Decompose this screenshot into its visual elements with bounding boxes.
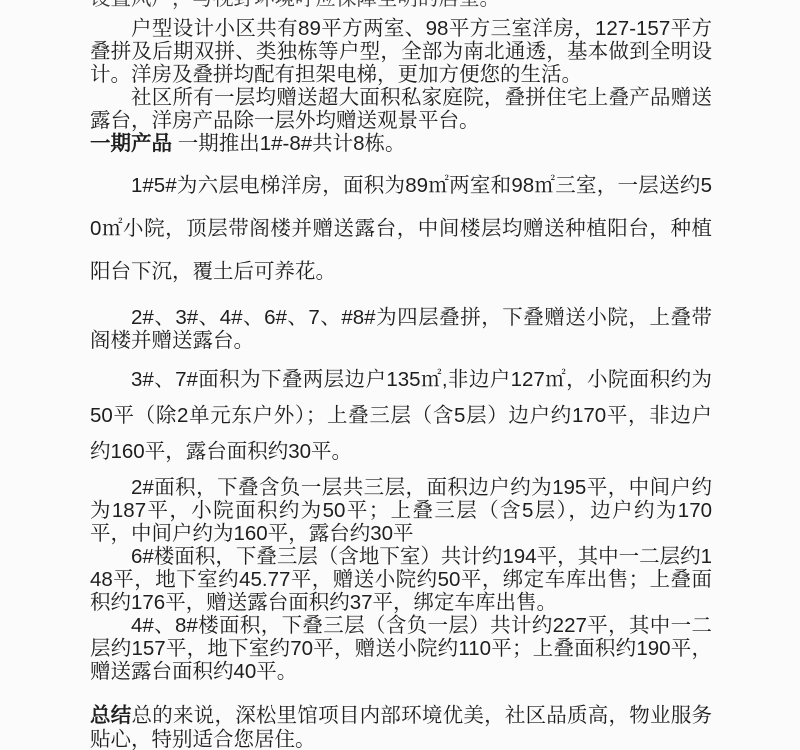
phase-one-text: 一期推出1#-8#共计8栋。 <box>172 132 406 155</box>
paragraph-courtyard-gifts: 社区所有一层均赠送超大面积私家庭院，叠拼住宅上叠产品赠送露台，洋房产品除一层外均… <box>90 86 712 132</box>
summary-text: 总的来说，深松里馆项目内部环境优美，社区品质高，物业服务贴心，特别适合您居住。 <box>90 704 712 750</box>
clipped-top-line-text: 设置风户，与视野环境呼应保障全明的居室。 <box>90 0 712 10</box>
paragraph-summary: 总结总的来说，深松里馆项目内部环境优美，社区品质高，物业服务贴心，特别适合您居住… <box>90 704 712 750</box>
paragraph-building-1-5: 1#5#为六层电梯洋房，面积为89㎡两室和98㎡三室，一层送约50㎡小院，顶层带… <box>90 164 712 293</box>
paragraph-unit-types: 户型设计小区共有89平方两室、98平方三室洋房，127-157平方叠拼及后期双拼… <box>90 17 712 86</box>
paragraph-phase-one: 一期产品 一期推出1#-8#共计8栋。 <box>90 132 712 155</box>
paragraph-building-6-area: 6#楼面积，下叠三层（含地下室）共计约194平，其中一二层约148平，地下室约4… <box>90 545 712 614</box>
phase-one-label: 一期产品 <box>90 132 172 155</box>
paragraph-building-3-7-area: 3#、7#面积为下叠两层边户135㎡,非边户127㎡，小院面积约为50平（除2单… <box>90 362 712 470</box>
summary-label: 总结 <box>90 704 131 727</box>
paragraph-building-4-8-area: 4#、8#楼面积，下叠三层（含负一层）共计约227平，其中一二层约157平，地下… <box>90 614 712 683</box>
document-page: 设置风户，与视野环境呼应保障全明的居室。 户型设计小区共有89平方两室、98平方… <box>0 0 800 750</box>
clipped-top-line: 设置风户，与视野环境呼应保障全明的居室。 <box>90 0 712 11</box>
paragraph-stacked-buildings: 2#、3#、4#、6#、7、#8#为四层叠拼，下叠赠送小院，上叠带阁楼并赠送露台… <box>90 306 712 352</box>
paragraph-building-2-area: 2#面积，下叠含负一层共三层，面积边户约为195平，中间户约为187平，小院面积… <box>90 476 712 545</box>
